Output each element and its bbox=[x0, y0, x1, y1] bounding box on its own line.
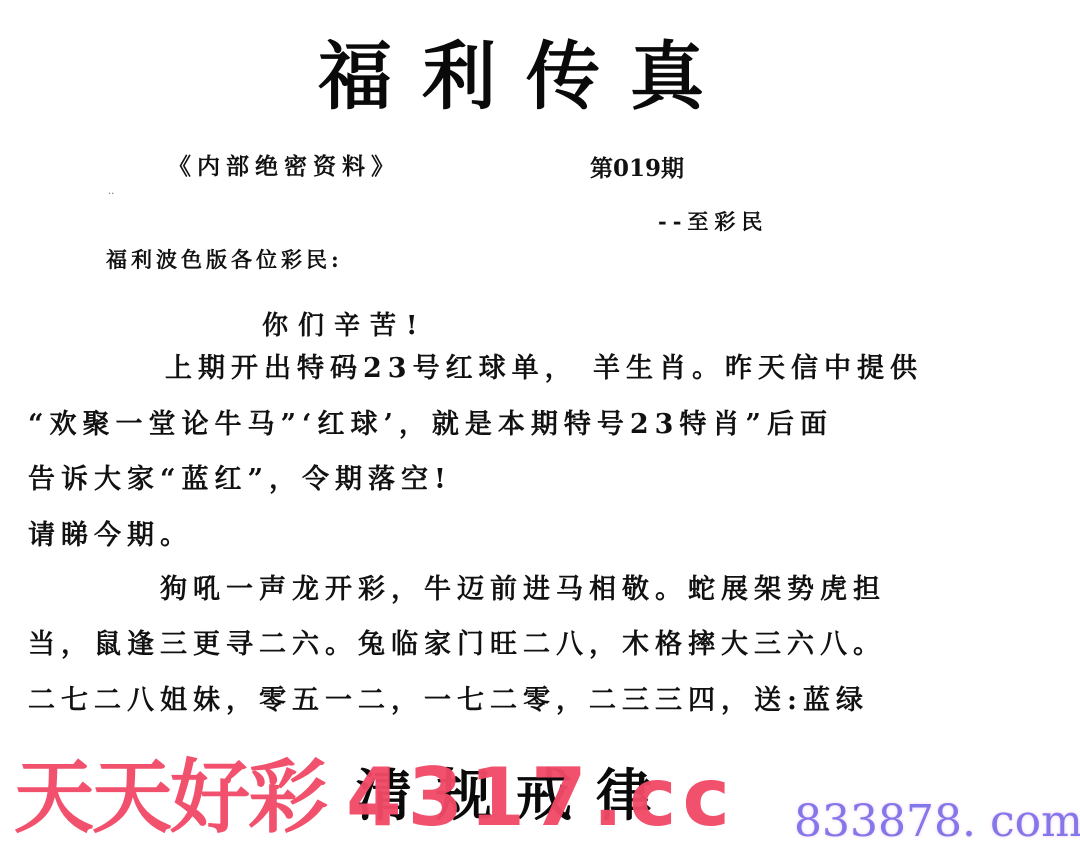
red-watermark: 天天好彩4317.cc bbox=[14, 758, 736, 838]
red-watermark-domain: 4317.cc bbox=[346, 751, 736, 844]
red-watermark-text: 天天好彩 bbox=[14, 751, 326, 844]
issue-number: 第019期 bbox=[590, 150, 684, 183]
body-line: 二七二八姐妹，零五一二，一七二零，二三三四，送:蓝绿 bbox=[28, 687, 869, 714]
scan-artifact-dots: .. bbox=[108, 186, 114, 197]
purple-watermark: 833878. com bbox=[794, 800, 1080, 844]
body-line: “欢聚一堂论牛马”‘红球’，就是本期特号23特肖”后面 bbox=[28, 411, 833, 438]
greeting: 你们辛苦! bbox=[262, 305, 427, 342]
body-line: 狗吼一声龙开彩，牛迈前进马相敬。蛇展架势虎担 bbox=[160, 576, 886, 603]
document-title: 福利传真 bbox=[318, 40, 734, 114]
addressee-line: --至彩民 bbox=[658, 206, 768, 236]
document-subtitle: 《内部绝密资料》 bbox=[168, 148, 400, 181]
body-line: 告诉大家“蓝红”，令期落空! bbox=[28, 466, 452, 493]
salutation: 福利波色版各位彩民: bbox=[106, 244, 343, 274]
body-line: 上期开出特码23号红球单， 羊生肖。昨天信中提供 bbox=[165, 355, 923, 382]
body-line: 请睇今期。 bbox=[28, 522, 193, 549]
body-line: 当，鼠逢三更寻二六。兔临家门旺二八，木格摔大三六八。 bbox=[28, 631, 886, 658]
